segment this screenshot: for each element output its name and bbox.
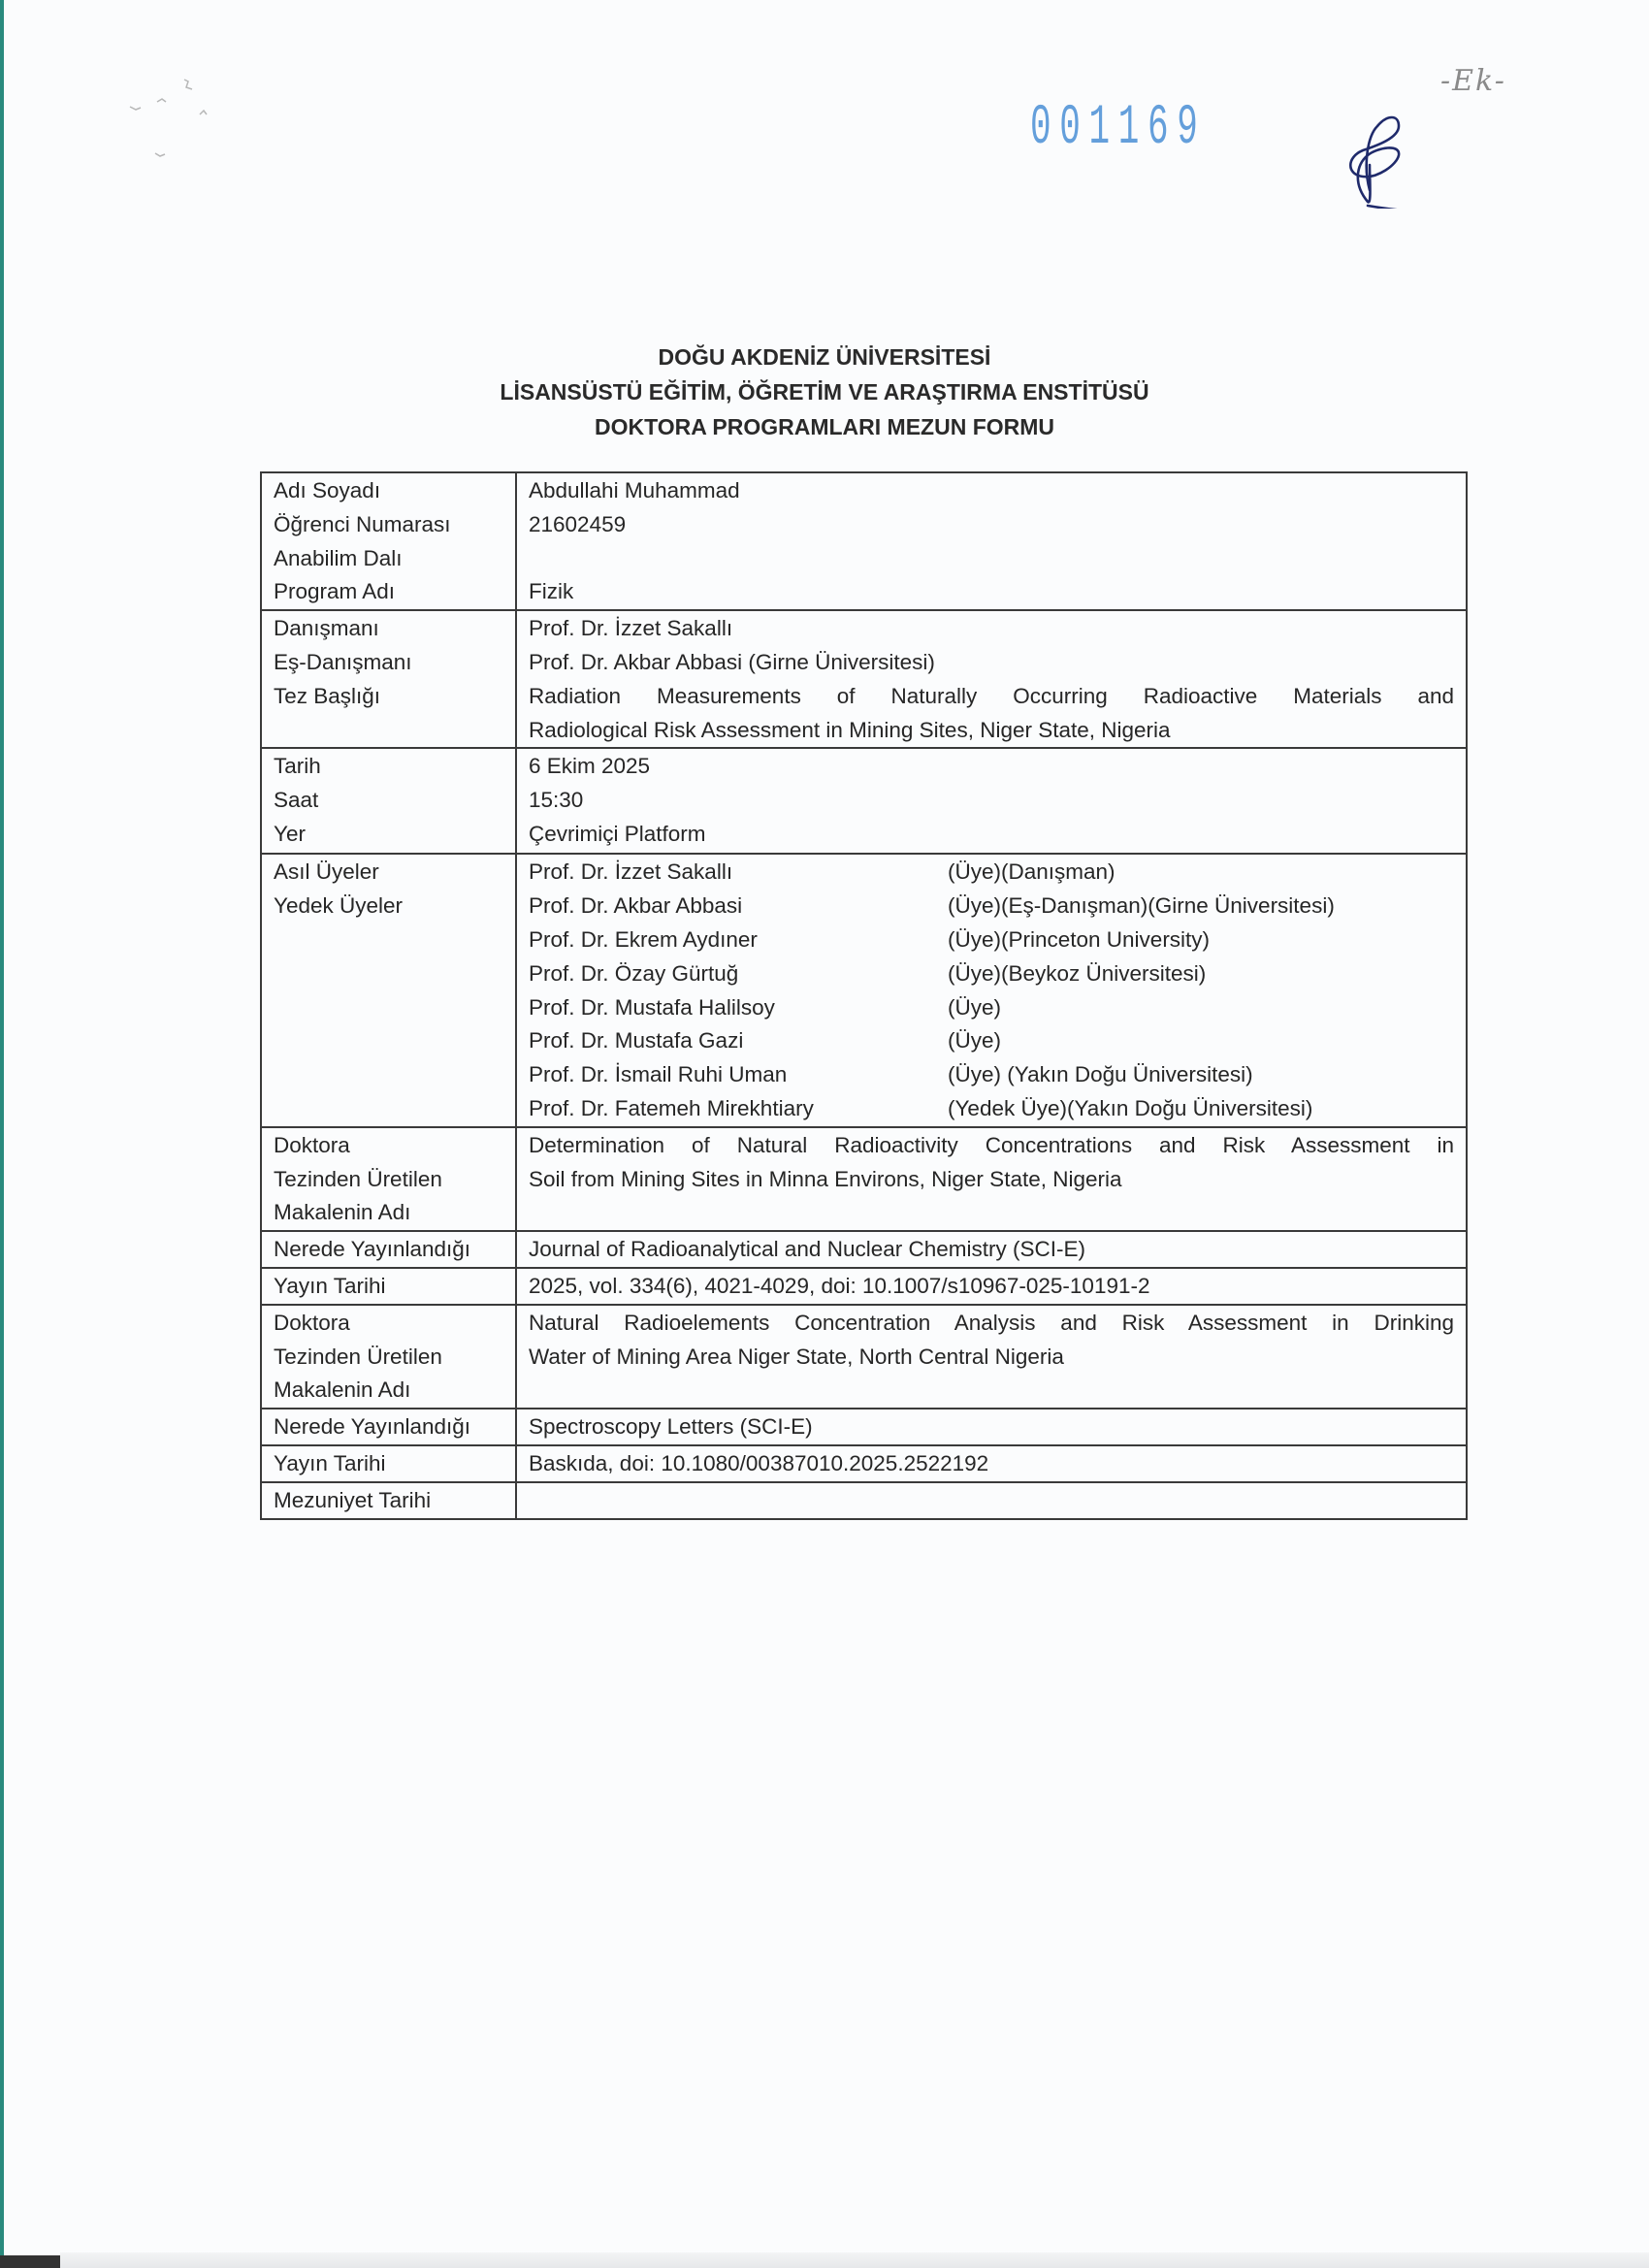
scan-corner [0,2255,60,2268]
label-graduation-date: Mezuniyet Tarihi [274,1484,503,1518]
university-name: DOĞU AKDENİZ ÜNİVERSİTESİ [0,340,1649,374]
committee-member: Prof. Dr. Mustafa Gazi(Üye) [529,1024,1454,1058]
label-thesis-title: Tez Başlığı [274,680,503,714]
table-row: Doktora Tezinden Üretilen Makalenin Adı … [261,1305,1467,1409]
defense-labels-cell: Tarih Saat Yer [261,748,516,854]
table-row: Danışmanı Eş-Danışmanı Tez Başlığı Prof.… [261,610,1467,748]
table-row: Adı Soyadı Öğrenci Numarası Anabilim Dal… [261,472,1467,610]
paper2-title-line2: Water of Mining Area Niger State, North … [529,1341,1454,1375]
label-venue: Nerede Yayınlandığı [274,1233,503,1267]
label-date: Tarih [274,750,503,784]
thesis-values-cell: Prof. Dr. İzzet Sakallı Prof. Dr. Akbar … [516,610,1467,748]
program-value: Fizik [529,575,1454,609]
defense-date: 6 Ekim 2025 [529,750,1454,784]
label-department: Anabilim Dalı [274,542,503,576]
label-place: Yer [274,818,503,852]
committee-member: Prof. Dr. İsmail Ruhi Uman(Üye) (Yakın D… [529,1058,1454,1092]
paper1-venue-cell: Journal of Radioanalytical and Nuclear C… [516,1231,1467,1268]
table-row: Yayın Tarihi Baskıda, doi: 10.1080/00387… [261,1445,1467,1482]
member-name: Prof. Dr. Özay Gürtuğ [529,957,948,991]
label-co-advisor: Eş-Danışmanı [274,646,503,680]
paper2-date-label-cell: Yayın Tarihi [261,1445,516,1482]
graduation-date [529,1484,1454,1518]
member-role: (Üye)(Danışman) [948,856,1115,890]
label-publication-date: Yayın Tarihi [274,1270,503,1304]
paper2-date-cell: Baskıda, doi: 10.1080/00387010.2025.2522… [516,1445,1467,1482]
document-serial-stamp: 001169 [1030,101,1207,157]
defense-place: Çevrimiçi Platform [529,818,1454,852]
committee-members-cell: Prof. Dr. İzzet Sakallı(Üye)(Danışman) P… [516,854,1467,1126]
label-venue: Nerede Yayınlandığı [274,1410,503,1444]
label-publication-date: Yayın Tarihi [274,1447,503,1481]
table-row: Nerede Yayınlandığı Spectroscopy Letters… [261,1409,1467,1445]
member-role: (Üye) [948,1024,1001,1058]
paper2-title-label-cell: Doktora Tezinden Üretilen Makalenin Adı [261,1305,516,1409]
member-role: (Üye) [948,991,1001,1025]
label-advisor: Danışmanı [274,612,503,646]
table-row: Tarih Saat Yer 6 Ekim 2025 15:30 Çevrimi… [261,748,1467,854]
member-name: Prof. Dr. Fatemeh Mirekhtiary [529,1092,948,1126]
form-header: DOĞU AKDENİZ ÜNİVERSİTESİ LİSANSÜSTÜ EĞİ… [0,340,1649,444]
student-labels-cell: Adı Soyadı Öğrenci Numarası Anabilim Dal… [261,472,516,610]
defense-values-cell: 6 Ekim 2025 15:30 Çevrimiçi Platform [516,748,1467,854]
paper1-title-line2: Soil from Mining Sites in Minna Environs… [529,1163,1454,1197]
advisor-value: Prof. Dr. İzzet Sakallı [529,612,1454,646]
paper2-venue-cell: Spectroscopy Letters (SCI-E) [516,1409,1467,1445]
label-paper-title: Doktora [274,1129,503,1163]
defense-time: 15:30 [529,784,1454,818]
committee-member: Prof. Dr. Özay Gürtuğ(Üye)(Beykoz Üniver… [529,957,1454,991]
committee-member: Prof. Dr. Akbar Abbasi(Üye)(Eş-Danışman)… [529,890,1454,923]
paper2-title-line1: Natural Radioelements Concentration Anal… [529,1307,1454,1341]
thesis-title-line1: Radiation Measurements of Naturally Occu… [529,680,1454,714]
table-row: Yayın Tarihi 2025, vol. 334(6), 4021-402… [261,1268,1467,1305]
institute-name: LİSANSÜSTÜ EĞİTİM, ÖĞRETİM VE ARAŞTIRMA … [0,374,1649,409]
paper2-date: Baskıda, doi: 10.1080/00387010.2025.2522… [529,1447,1454,1481]
label-time: Saat [274,784,503,818]
table-row: Doktora Tezinden Üretilen Makalenin Adı … [261,1127,1467,1231]
student-number: 21602459 [529,508,1454,542]
paper2-venue-label-cell: Nerede Yayınlandığı [261,1409,516,1445]
member-role: (Üye)(Eş-Danışman)(Girne Üniversitesi) [948,890,1335,923]
member-role: (Üye)(Beykoz Üniversitesi) [948,957,1206,991]
member-name: Prof. Dr. Mustafa Gazi [529,1024,948,1058]
paper1-venue-label-cell: Nerede Yayınlandığı [261,1231,516,1268]
member-name: Prof. Dr. Ekrem Aydıner [529,923,948,957]
graduation-label-cell: Mezuniyet Tarihi [261,1482,516,1519]
label-paper-title: Makalenin Adı [274,1196,503,1230]
label-paper-title: Tezinden Üretilen [274,1341,503,1375]
student-name: Abdullahi Muhammad [529,474,1454,508]
member-name: Prof. Dr. Mustafa Halilsoy [529,991,948,1025]
department-value [529,542,1454,576]
thesis-title-line2: Radiological Risk Assessment in Mining S… [529,714,1454,748]
paper1-title-line1: Determination of Natural Radioactivity C… [529,1129,1454,1163]
paper1-date-label-cell: Yayın Tarihi [261,1268,516,1305]
table-row: Asıl Üyeler Yedek Üyeler Prof. Dr. İzzet… [261,854,1467,1126]
handwritten-note: -Ek- [1440,64,1506,98]
label-paper-title: Tezinden Üretilen [274,1163,503,1197]
label-substitute-members: Yedek Üyeler [274,890,503,923]
paper1-date: 2025, vol. 334(6), 4021-4029, doi: 10.10… [529,1270,1454,1304]
paper2-title-cell: Natural Radioelements Concentration Anal… [516,1305,1467,1409]
paper1-title-label-cell: Doktora Tezinden Üretilen Makalenin Adı [261,1127,516,1231]
committee-member: Prof. Dr. Fatemeh Mirekhtiary(Yedek Üye)… [529,1092,1454,1126]
graduation-value-cell [516,1482,1467,1519]
label-program: Program Adı [274,575,503,609]
scan-shadow [60,2252,1649,2268]
paper1-date-cell: 2025, vol. 334(6), 4021-4029, doi: 10.10… [516,1268,1467,1305]
paper1-venue: Journal of Radioanalytical and Nuclear C… [529,1233,1454,1267]
form-title: DOKTORA PROGRAMLARI MEZUN FORMU [0,409,1649,444]
co-advisor-value: Prof. Dr. Akbar Abbasi (Girne Üniversite… [529,646,1454,680]
committee-member: Prof. Dr. Ekrem Aydıner(Üye)(Princeton U… [529,923,1454,957]
paper2-venue: Spectroscopy Letters (SCI-E) [529,1410,1454,1444]
table-row: Nerede Yayınlandığı Journal of Radioanal… [261,1231,1467,1268]
member-name: Prof. Dr. İsmail Ruhi Uman [529,1058,948,1092]
committee-member: Prof. Dr. İzzet Sakallı(Üye)(Danışman) [529,856,1454,890]
graduate-form-table: Adı Soyadı Öğrenci Numarası Anabilim Dal… [260,471,1468,1520]
member-role: (Üye) (Yakın Doğu Üniversitesi) [948,1058,1253,1092]
table-row: Mezuniyet Tarihi [261,1482,1467,1519]
label-paper-title: Doktora [274,1307,503,1341]
committee-member: Prof. Dr. Mustafa Halilsoy(Üye) [529,991,1454,1025]
label-student-number: Öğrenci Numarası [274,508,503,542]
member-name: Prof. Dr. İzzet Sakallı [529,856,948,890]
thesis-labels-cell: Danışmanı Eş-Danışmanı Tez Başlığı [261,610,516,748]
label-main-members: Asıl Üyeler [274,856,503,890]
scan-edge [0,0,4,2255]
member-role: (Yedek Üye)(Yakın Doğu Üniversitesi) [948,1092,1312,1126]
member-name: Prof. Dr. Akbar Abbasi [529,890,948,923]
paper1-title-cell: Determination of Natural Radioactivity C… [516,1127,1467,1231]
committee-labels-cell: Asıl Üyeler Yedek Üyeler [261,854,516,1126]
scan-specks [126,68,272,175]
student-values-cell: Abdullahi Muhammad 21602459 Fizik [516,472,1467,610]
label-name: Adı Soyadı [274,474,503,508]
member-role: (Üye)(Princeton University) [948,923,1210,957]
signature-icon [1309,97,1474,209]
label-paper-title: Makalenin Adı [274,1374,503,1408]
